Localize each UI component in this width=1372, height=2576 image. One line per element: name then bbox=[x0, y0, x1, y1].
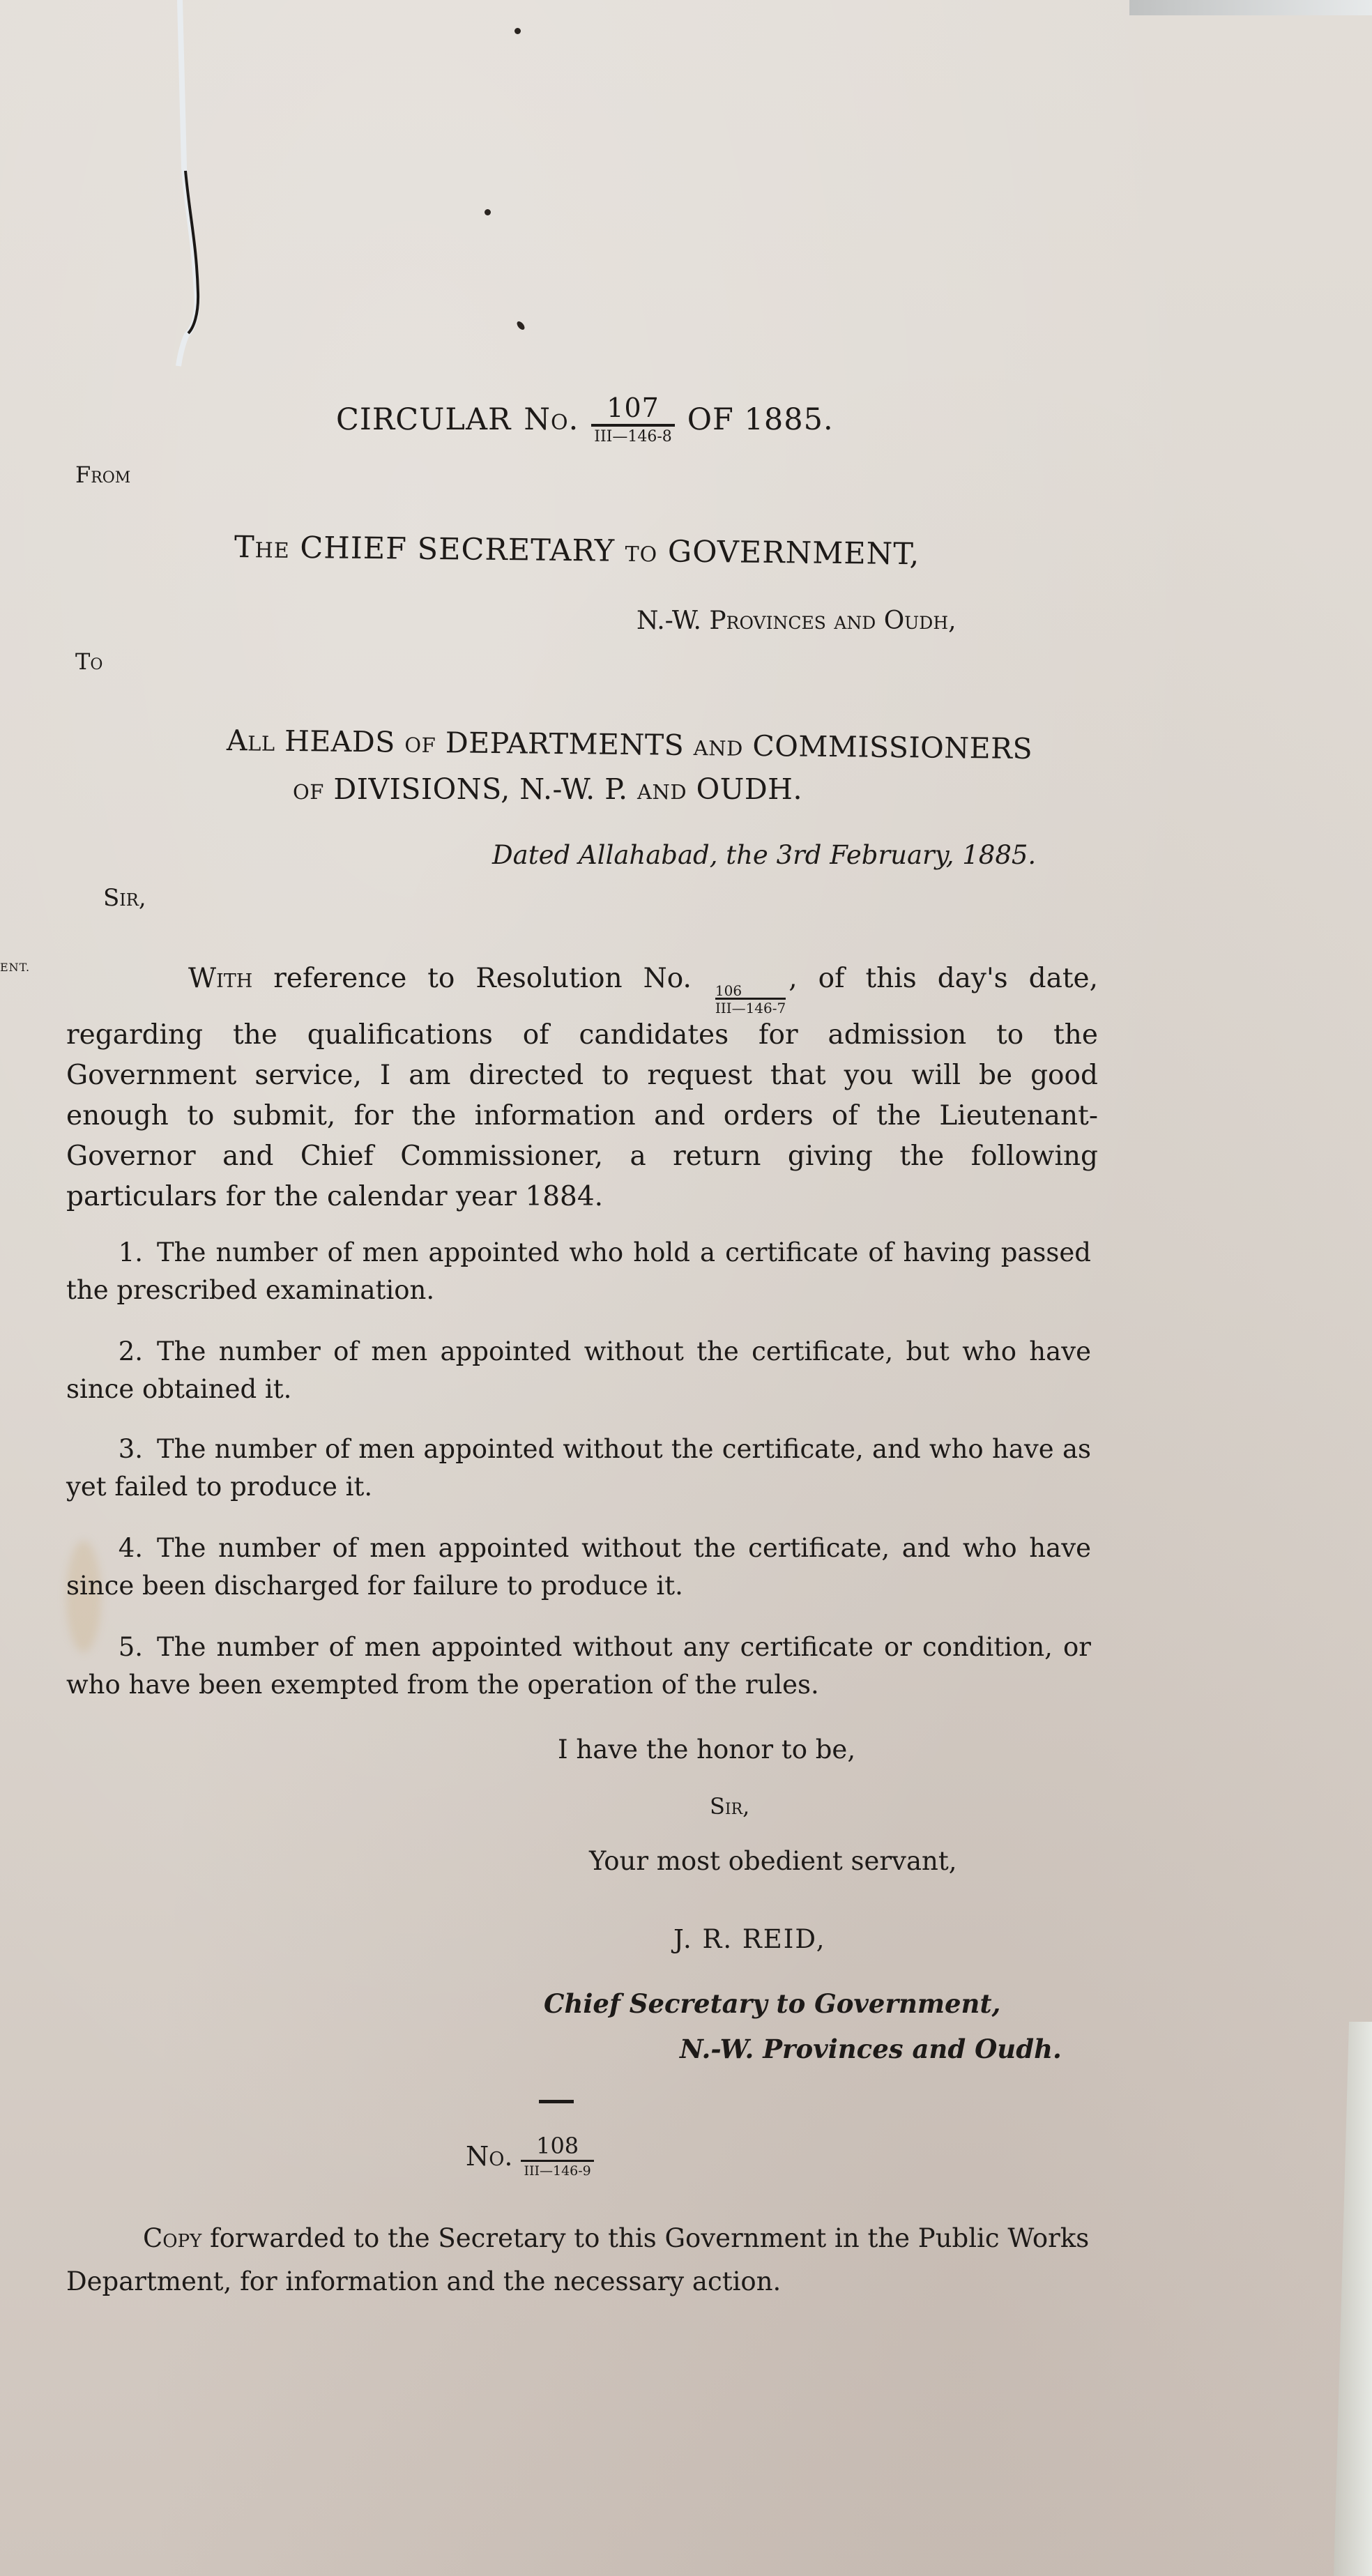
endorsement-numerator: 108 bbox=[532, 2135, 583, 2160]
list-item: 2.The number of men appointed without th… bbox=[66, 1333, 1091, 1408]
resolution-numerator: 106 bbox=[715, 984, 786, 998]
resolution-number: 106III—146-7 bbox=[715, 984, 786, 1015]
signer-title-2: N.-W. Provinces and Oudh. bbox=[680, 2034, 1062, 2064]
list-item-number: 5. bbox=[66, 1629, 157, 1666]
date-line: Dated Allahabad, the 3rd February, 1885. bbox=[492, 840, 1036, 870]
section-divider bbox=[539, 2100, 574, 2103]
signer-name: J. R. REID, bbox=[673, 1924, 825, 1954]
list-item: 4.The number of men appointed without th… bbox=[66, 1530, 1091, 1605]
from-label: From bbox=[75, 462, 130, 488]
signer-title-1: Chief Secretary to Government, bbox=[544, 1988, 1000, 2019]
endorsement-number: No. 108 III—146-9 bbox=[466, 2135, 594, 2178]
sender-place: N.-W. Provinces and Oudh, bbox=[637, 607, 956, 635]
to-label: To bbox=[75, 648, 102, 675]
list-item: 1.The number of men appointed who hold a… bbox=[66, 1234, 1091, 1309]
endorsement-denominator: III—146-9 bbox=[521, 2160, 593, 2178]
ink-speck bbox=[514, 28, 521, 34]
endorsement-text: forwarded to the Secretary to this Gover… bbox=[66, 2223, 1089, 2296]
body-paragraph: With reference to Resolution No. 106III—… bbox=[66, 959, 1098, 1217]
circular-title: CIRCULAR No. 107 III—146-8 OF 1885. bbox=[336, 395, 834, 445]
circular-number-denominator: III—146-8 bbox=[591, 424, 675, 445]
sender-name: The CHIEF SECRETARY to GOVERNMENT, bbox=[234, 530, 920, 572]
list-item-text: The number of men appointed without any … bbox=[66, 1632, 1091, 1700]
body-text-rest: , of this day's date, regarding the qual… bbox=[66, 963, 1098, 1212]
circular-number: 107 III—146-8 bbox=[591, 395, 675, 445]
list-item-text: The number of men appointed without the … bbox=[66, 1434, 1091, 1502]
endorsement-no-label: No. bbox=[466, 2141, 512, 2172]
circular-number-numerator: 107 bbox=[602, 395, 664, 424]
ink-speck bbox=[485, 209, 491, 215]
background-surface-strip bbox=[1129, 0, 1372, 15]
endorsement-fraction: 108 III—146-9 bbox=[521, 2135, 593, 2178]
list-item-number: 1. bbox=[66, 1234, 157, 1272]
resolution-denominator: III—146-7 bbox=[715, 998, 786, 1015]
circular-year: OF 1885. bbox=[687, 402, 834, 437]
list-item-number: 2. bbox=[66, 1333, 157, 1371]
endorsement-paragraph: Copy forwarded to the Secretary to this … bbox=[66, 2217, 1098, 2303]
margin-note: ENT. bbox=[0, 961, 30, 974]
list-item-text: The number of men appointed who hold a c… bbox=[66, 1237, 1091, 1305]
paper-crease-mark bbox=[166, 0, 215, 369]
closing-salutation: Sir, bbox=[710, 1793, 749, 1820]
list-item-number: 4. bbox=[66, 1530, 157, 1567]
circular-no-label: No. bbox=[524, 402, 579, 437]
circular-prefix: CIRCULAR bbox=[336, 402, 511, 437]
list-item-text: The number of men appointed without the … bbox=[66, 1533, 1091, 1601]
body-text-start: reference to Resolution No. bbox=[273, 963, 692, 994]
list-item: 5.The number of men appointed without an… bbox=[66, 1629, 1091, 1704]
closing-line-1: I have the honor to be, bbox=[558, 1735, 855, 1765]
endorsement-lead-word: Copy bbox=[143, 2223, 201, 2253]
closing-line-3: Your most obedient servant, bbox=[589, 1846, 956, 1876]
recipient-line-2: of DIVISIONS, N.-W. P. and OUDH. bbox=[293, 772, 802, 806]
list-item-number: 3. bbox=[66, 1431, 157, 1468]
list-item: 3.The number of men appointed without th… bbox=[66, 1431, 1091, 1506]
body-lead-word: With bbox=[188, 963, 252, 994]
list-item-text: The number of men appointed without the … bbox=[66, 1336, 1091, 1404]
salutation: Sir, bbox=[103, 884, 146, 912]
